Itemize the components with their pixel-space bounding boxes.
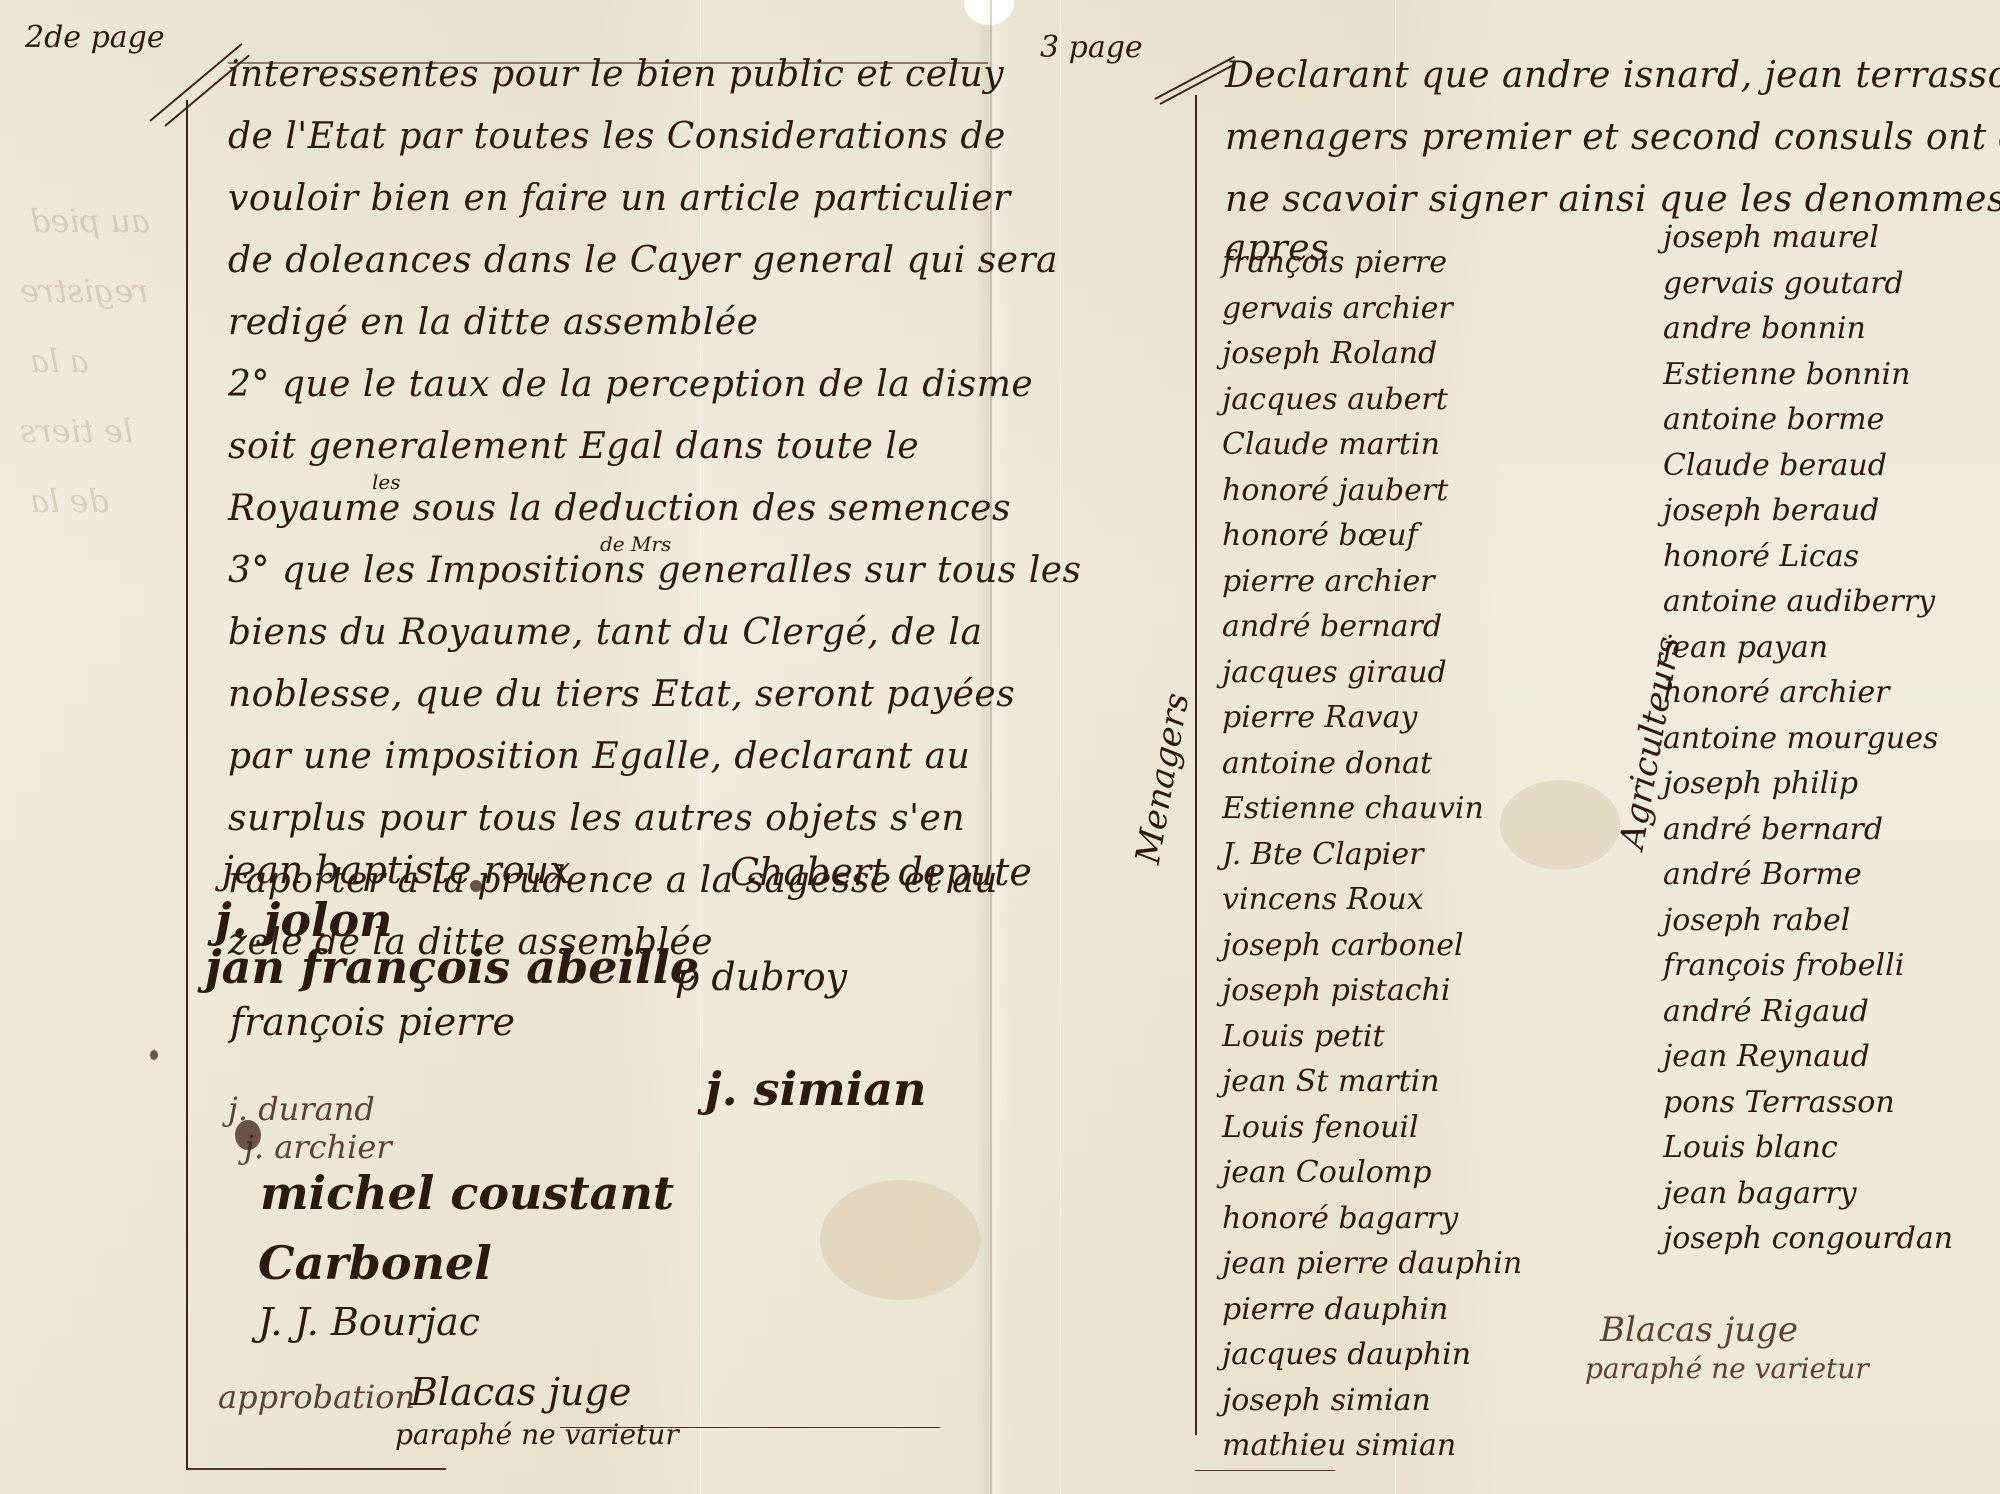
signature: j. simian — [705, 1062, 926, 1116]
bleed-through-text: a la — [30, 330, 89, 392]
name-entry: françois pierre — [1222, 240, 1522, 286]
name-entry: joseph rabel — [1663, 898, 1953, 944]
name-entry: antoine audiberry — [1663, 579, 1953, 625]
margin-label-menagers: Menagers — [1128, 690, 1197, 867]
text-line: menagers premier et second consuls ont d… — [1225, 107, 2000, 169]
text-line: de doleances dans le Cayer general qui s… — [228, 230, 1082, 292]
manuscript-sheet: au pied registre a la le tiers de la 2de… — [0, 0, 2000, 1494]
signature: j. archier — [244, 1128, 392, 1166]
judge-signature: Blacas juge — [410, 1370, 631, 1414]
name-entry: pierre Ravay — [1222, 695, 1522, 741]
name-entry: joseph congourdan — [1663, 1216, 1953, 1262]
name-entry: andre bonnin — [1663, 306, 1953, 352]
text-line: Royaume sous la deduction des semences — [228, 478, 1082, 540]
name-entry: jean St martin — [1222, 1059, 1522, 1105]
name-entry: antoine borme — [1663, 397, 1953, 443]
bottom-margin-rule — [186, 1468, 446, 1470]
page-label: 3 page — [1040, 30, 1143, 65]
text-line: interessentes pour le bien public et cel… — [228, 44, 1082, 106]
name-entry: jacques giraud — [1222, 650, 1522, 696]
page-label: 2de page — [25, 20, 165, 55]
name-entry: Claude martin — [1222, 422, 1522, 468]
signature: jean baptiste roux — [222, 848, 571, 892]
name-entry: jean Reynaud — [1663, 1034, 1953, 1080]
name-entry: joseph carbonel — [1222, 923, 1522, 969]
name-entry: honoré archier — [1663, 670, 1953, 716]
text-line: Declarant que andre isnard, jean terrass… — [1225, 45, 2000, 107]
text-line: biens du Royaume, tant du Clergé, de la — [228, 602, 1082, 664]
name-entry: J. Bte Clapier — [1222, 832, 1522, 878]
paraph-note: paraphé ne varietur — [1585, 1352, 1869, 1385]
menagers-list: françois pierre gervais archier joseph R… — [1222, 240, 1522, 1469]
name-entry: honoré bœuf — [1222, 513, 1522, 559]
name-entry: françois frobelli — [1663, 943, 1953, 989]
text-line: 2° que le taux de la perception de la di… — [228, 354, 1082, 416]
name-entry: antoine donat — [1222, 741, 1522, 787]
paper-stain — [820, 1180, 980, 1300]
interlinear-note: de Mrs — [600, 532, 671, 556]
name-entry: Louis blanc — [1663, 1125, 1953, 1171]
margin-slash — [1155, 56, 1235, 100]
signature: Chabert depute — [730, 850, 1032, 894]
name-entry: mathieu simian — [1222, 1423, 1522, 1469]
signature: p dubroy — [675, 955, 847, 999]
text-line: redigé en la ditte assemblée — [228, 292, 1082, 354]
paraph-note: paraphé ne varietur — [395, 1418, 679, 1451]
name-entry: pons Terrasson — [1663, 1080, 1953, 1126]
paraph-underline — [560, 1427, 940, 1428]
name-entry: gervais archier — [1222, 286, 1522, 332]
name-entry: honoré bagarry — [1222, 1196, 1522, 1242]
name-entry: andré Rigaud — [1663, 989, 1953, 1035]
bleed-through-text: le tiers — [20, 400, 133, 462]
signature: Carbonel — [258, 1236, 492, 1290]
agriculteurs-list: joseph maurel gervais goutard andre bonn… — [1663, 215, 1953, 1262]
name-entry: andré Borme — [1663, 852, 1953, 898]
left-margin-rule — [186, 100, 188, 1470]
name-entry: joseph philip — [1663, 761, 1953, 807]
text-line: par une imposition Egalle, declarant au — [228, 726, 1082, 788]
name-entry: jacques aubert — [1222, 377, 1522, 423]
name-entry: Estienne bonnin — [1663, 352, 1953, 398]
name-entry: gervais goutard — [1663, 261, 1953, 307]
ink-blot — [150, 1050, 158, 1060]
name-entry: joseph pistachi — [1222, 968, 1522, 1014]
signature: J. J. Bourjac — [258, 1300, 480, 1344]
text-line: vouloir bien en faire un article particu… — [228, 168, 1082, 230]
bleed-through-text: au pied — [30, 190, 150, 252]
bleed-through-text: de la — [30, 470, 109, 532]
name-entry: vincens Roux — [1222, 877, 1522, 923]
name-entry: andré bernard — [1222, 604, 1522, 650]
bleed-through-text: registre — [20, 260, 148, 322]
signature: j. jolon — [215, 893, 393, 947]
left-page-body: interessentes pour le bien public et cel… — [228, 44, 1082, 974]
name-entry: pierre archier — [1222, 559, 1522, 605]
name-entry: joseph Roland — [1222, 331, 1522, 377]
name-entry: pierre dauphin — [1222, 1287, 1522, 1333]
signature: françois pierre — [230, 1000, 515, 1044]
signature: michel coustant — [260, 1166, 674, 1220]
interlinear-note: les — [372, 470, 401, 494]
name-entry: andré bernard — [1663, 807, 1953, 853]
name-entry: joseph simian — [1222, 1378, 1522, 1424]
name-entry: joseph beraud — [1663, 488, 1953, 534]
name-entry: Louis petit — [1222, 1014, 1522, 1060]
name-entry: Louis fenouil — [1222, 1105, 1522, 1151]
approval-flourish: approbation — [218, 1378, 415, 1416]
ink-blot — [235, 1120, 261, 1150]
name-entry: jean bagarry — [1663, 1171, 1953, 1217]
name-entry: Claude beraud — [1663, 443, 1953, 489]
name-entry: jean pierre dauphin — [1222, 1241, 1522, 1287]
right-margin-rule — [1195, 95, 1197, 1435]
ink-blot — [470, 880, 482, 892]
name-entry: jean payan — [1663, 625, 1953, 671]
text-line: surplus pour tous les autres objets s'en — [228, 788, 1082, 850]
name-entry: jean Coulomp — [1222, 1150, 1522, 1196]
text-line: de l'Etat par toutes les Considerations … — [228, 106, 1082, 168]
name-entry: Estienne chauvin — [1222, 786, 1522, 832]
name-entry: joseph maurel — [1663, 215, 1953, 261]
paper-notch — [964, 0, 1014, 25]
bottom-margin-rule — [1195, 1470, 1335, 1471]
name-entry: jacques dauphin — [1222, 1332, 1522, 1378]
name-entry: honoré Licas — [1663, 534, 1953, 580]
text-line: soit generalement Egal dans toute le — [228, 416, 1082, 478]
signature: jan françois abeille — [205, 940, 699, 994]
text-line: noblesse, que du tiers Etat, seront payé… — [228, 664, 1082, 726]
judge-signature: Blacas juge — [1600, 1310, 1798, 1350]
name-entry: antoine mourgues — [1663, 716, 1953, 762]
name-entry: honoré jaubert — [1222, 468, 1522, 514]
